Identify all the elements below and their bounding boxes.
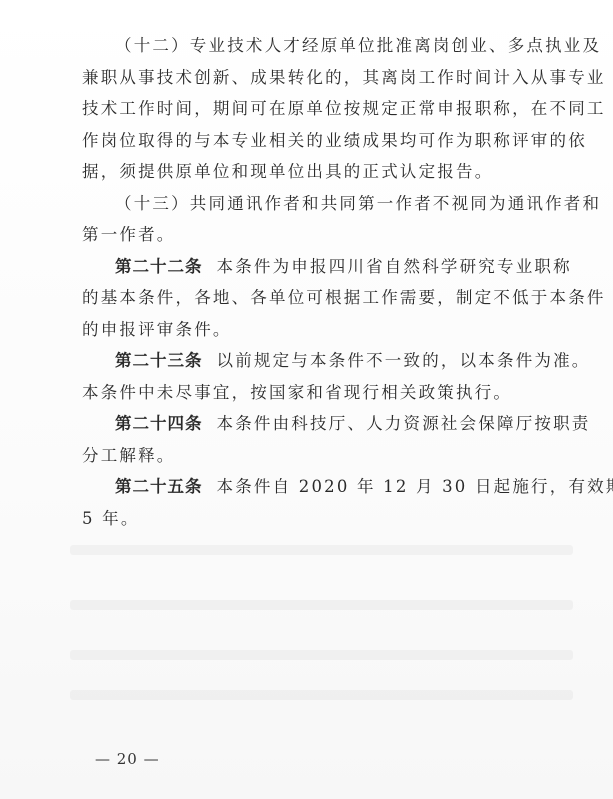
text-line: 第二十三条以前规定与本条件不一致的，以本条件为准。 <box>82 345 562 377</box>
article-text: 本条件自 2020 年 12 月 30 日起施行，有效期 <box>217 477 613 496</box>
document-page: （十二）专业技术人才经原单位批准离岗创业、多点执业及 兼职从事技术创新、成果转化… <box>0 0 613 799</box>
text-line: 本条件中未尽事宜，按国家和省现行相关政策执行。 <box>82 377 562 409</box>
bleed-through-shadow <box>70 690 573 700</box>
bleed-through-shadow <box>70 545 573 555</box>
text-line: 第二十五条本条件自 2020 年 12 月 30 日起施行，有效期 <box>82 471 562 503</box>
bleed-through-shadow <box>70 650 573 660</box>
text-line: 第二十四条本条件由科技厅、人力资源社会保障厅按职责 <box>82 408 562 440</box>
article-label: 第二十五条 <box>115 477 203 496</box>
text-line: 兼职从事技术创新、成果转化的，其离岗工作时间计入从事专业 <box>82 62 562 94</box>
paragraph-article-22: 第二十二条本条件为申报四川省自然科学研究专业职称 的基本条件，各地、各单位可根据… <box>82 251 562 346</box>
text-line: （十二）专业技术人才经原单位批准离岗创业、多点执业及 <box>82 30 562 62</box>
text-line: 5 年。 <box>82 503 562 535</box>
article-label: 第二十二条 <box>115 257 203 276</box>
text-line: 第一作者。 <box>82 219 562 251</box>
text-line: 技术工作时间，期间可在原单位按规定正常申报职称，在不同工 <box>82 93 562 125</box>
article-text: 本条件由科技厅、人力资源社会保障厅按职责 <box>217 414 591 433</box>
text-line: 分工解释。 <box>82 440 562 472</box>
paragraph-article-23: 第二十三条以前规定与本条件不一致的，以本条件为准。 本条件中未尽事宜，按国家和省… <box>82 345 562 408</box>
article-label: 第二十四条 <box>115 414 203 433</box>
text-line: 据，须提供原单位和现单位出具的正式认定报告。 <box>82 156 562 188</box>
document-body: （十二）专业技术人才经原单位批准离岗创业、多点执业及 兼职从事技术创新、成果转化… <box>82 30 562 534</box>
article-text: 本条件为申报四川省自然科学研究专业职称 <box>217 257 572 276</box>
text-line: 作岗位取得的与本专业相关的业绩成果均可作为职称评审的依 <box>82 125 562 157</box>
text-line: （十三）共同通讯作者和共同第一作者不视同为通讯作者和 <box>82 188 562 220</box>
article-text: 以前规定与本条件不一致的，以本条件为准。 <box>217 351 591 370</box>
text-line: 第二十二条本条件为申报四川省自然科学研究专业职称 <box>82 251 562 283</box>
paragraph-item-13: （十三）共同通讯作者和共同第一作者不视同为通讯作者和 第一作者。 <box>82 188 562 251</box>
paragraph-item-12: （十二）专业技术人才经原单位批准离岗创业、多点执业及 兼职从事技术创新、成果转化… <box>82 30 562 188</box>
text-line: 的基本条件，各地、各单位可根据工作需要，制定不低于本条件 <box>82 282 562 314</box>
text-line: 的申报评审条件。 <box>82 314 562 346</box>
bleed-through-shadow <box>70 600 573 610</box>
page-number: — 20 — <box>95 750 160 768</box>
article-label: 第二十三条 <box>115 351 203 370</box>
paragraph-article-24: 第二十四条本条件由科技厅、人力资源社会保障厅按职责 分工解释。 <box>82 408 562 471</box>
paragraph-article-25: 第二十五条本条件自 2020 年 12 月 30 日起施行，有效期 5 年。 <box>82 471 562 534</box>
